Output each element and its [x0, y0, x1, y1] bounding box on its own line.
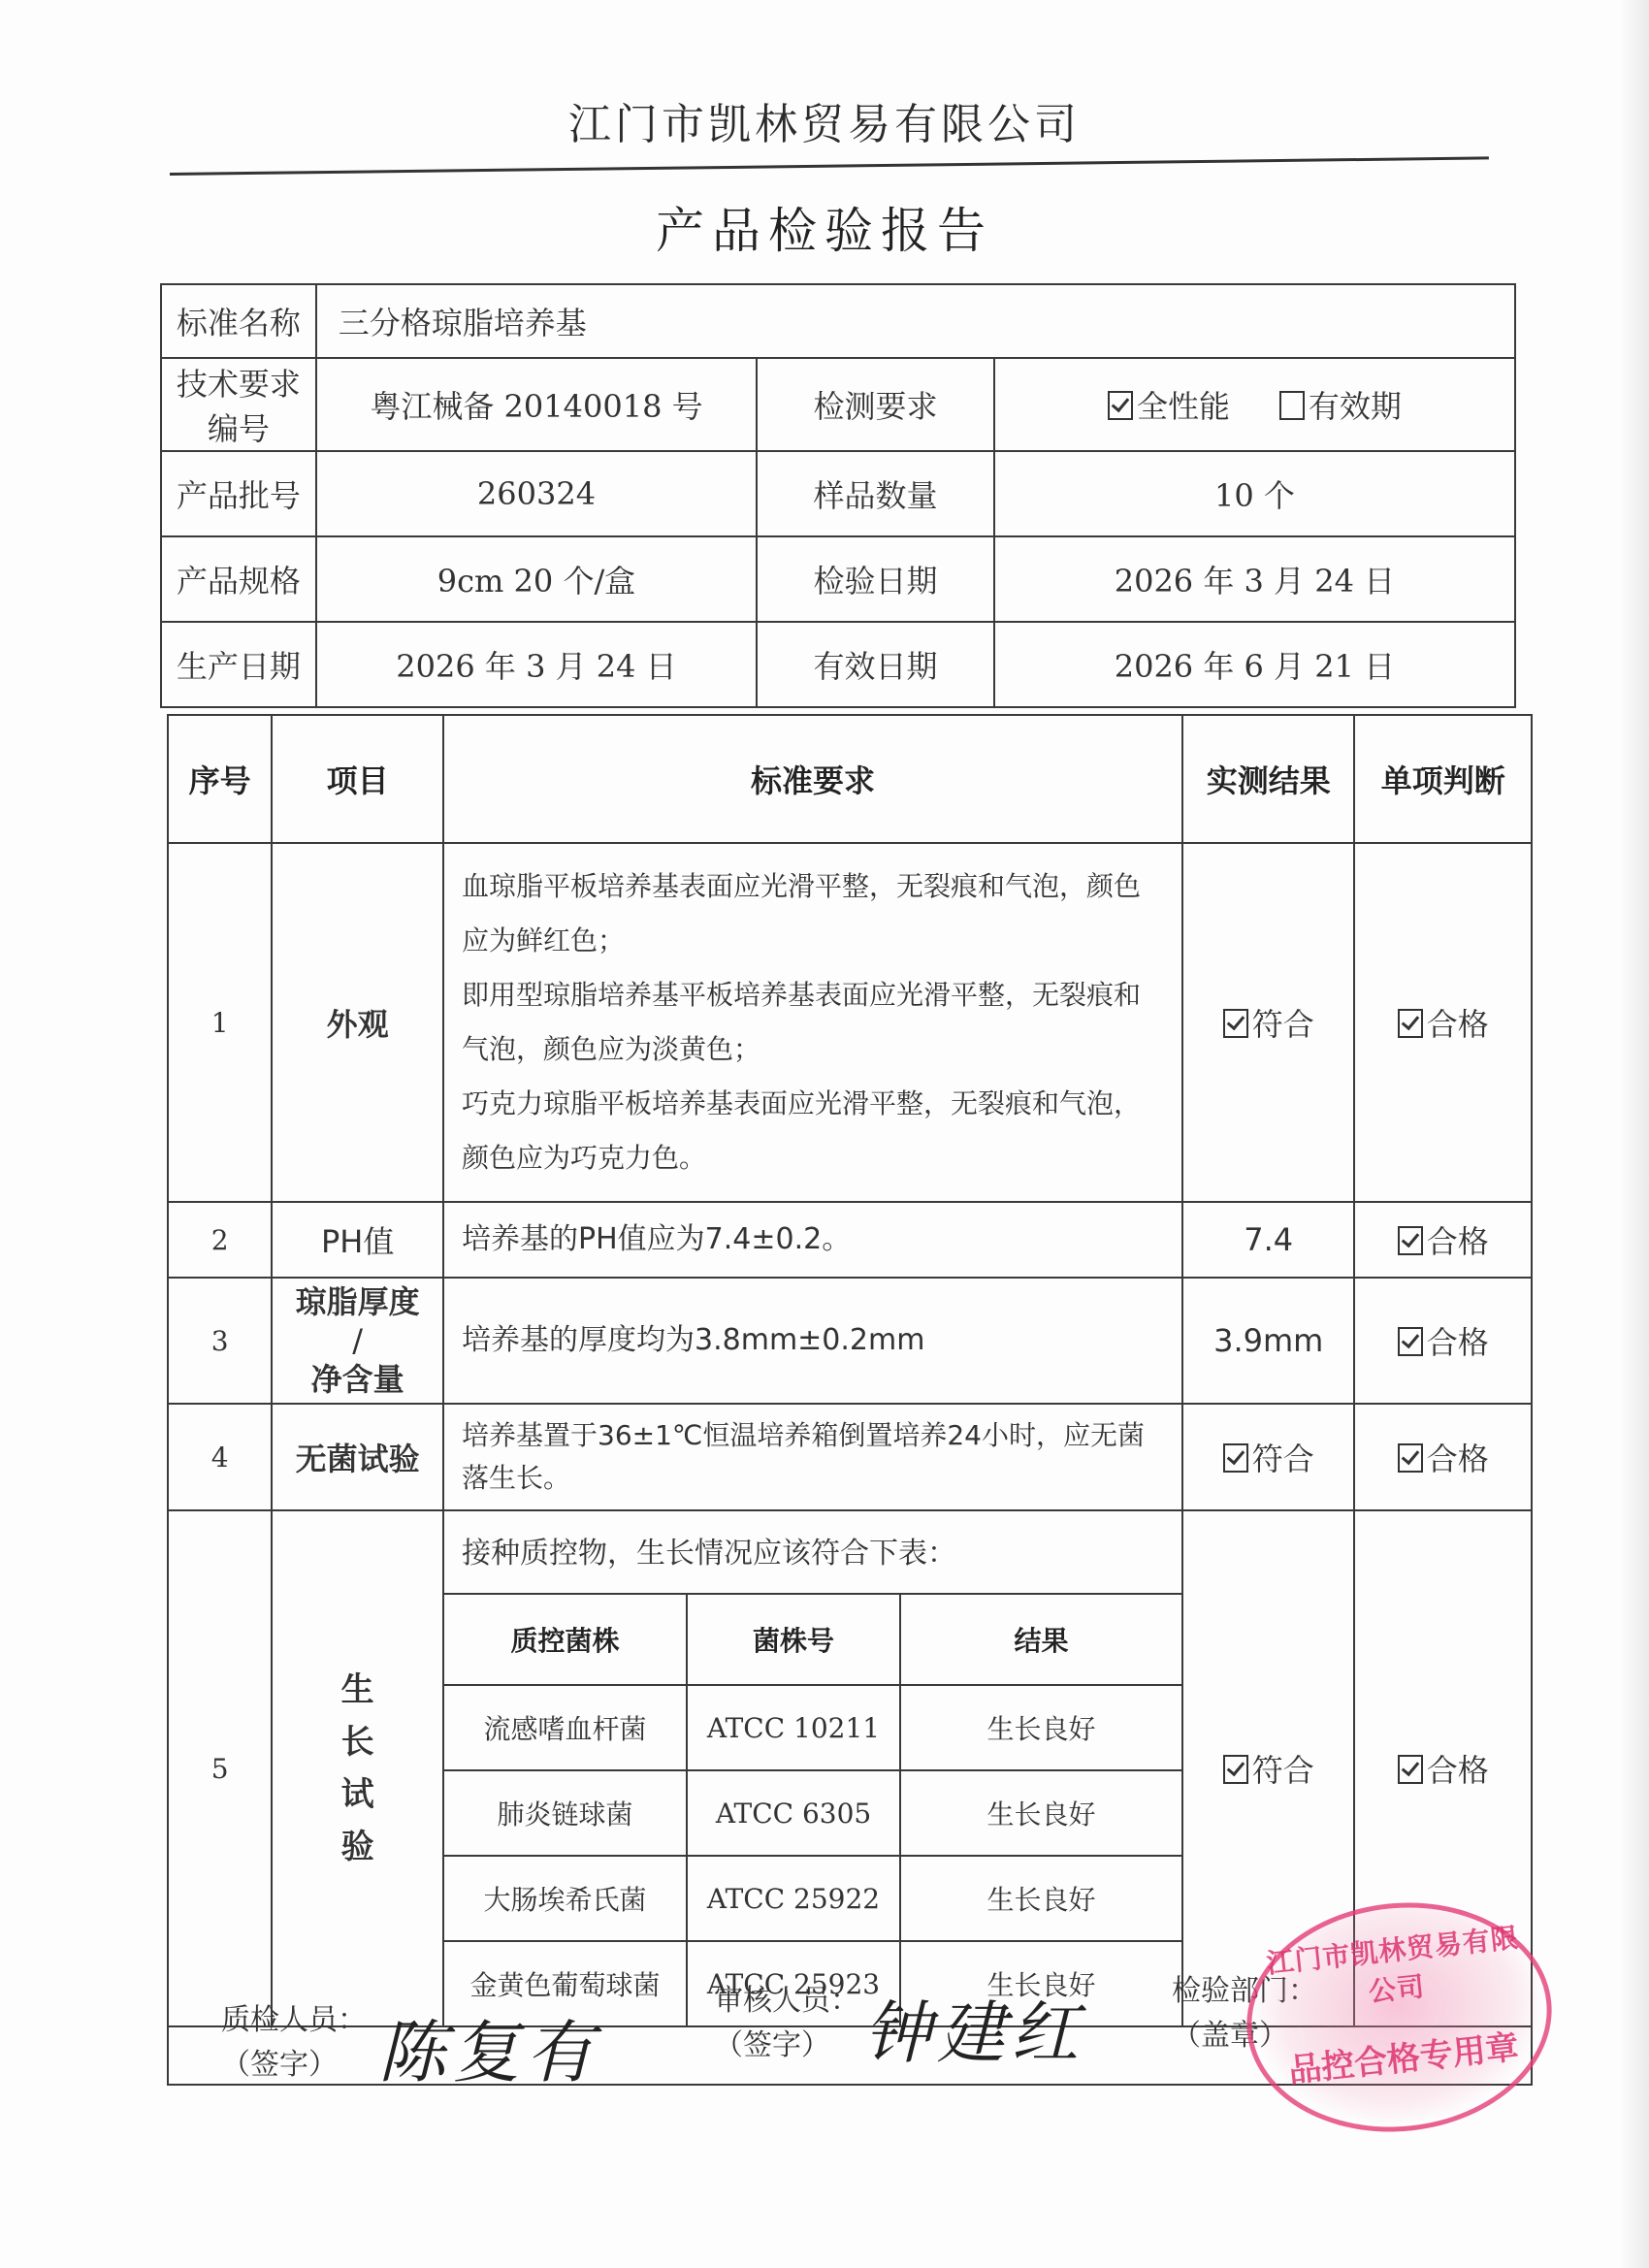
row-item: 生 长 试 验 [272, 1510, 443, 2026]
row-judgement: 合格 [1354, 1202, 1532, 1278]
checkbox-checked-icon [1398, 1443, 1423, 1473]
sub-header-row: 质控菌株 菌株号 结果 [444, 1594, 1181, 1685]
col-header-result: 实测结果 [1182, 715, 1354, 843]
requirement-line: 即用型琼脂培养基平板培养基表面应光滑平整，无裂痕和 [462, 968, 1164, 1022]
col-header-requirement: 标准要求 [443, 715, 1182, 843]
checkbox-checked-icon [1398, 1009, 1423, 1038]
row-judgement: 合格 [1354, 843, 1532, 1202]
table-row: 4 无菌试验 培养基置于36±1℃恒温培养箱倒置培养24小时，应无菌 落生长。 … [168, 1404, 1532, 1510]
info-row-batch: 产品批号 260324 样品数量 10 个 [161, 451, 1515, 536]
requirement-line: 颜色应为巧克力色。 [462, 1131, 1164, 1185]
row-item: 外观 [272, 843, 443, 1202]
expiry-value: 2026 年 6 月 21 日 [994, 622, 1515, 707]
standard-name-label: 标准名称 [161, 284, 316, 358]
requirement-line: 血琼脂平板培养基表面应光滑平整，无裂痕和气泡，颜色 [462, 859, 1164, 914]
prod-date-value: 2026 年 3 月 24 日 [316, 622, 757, 707]
row-index: 1 [168, 843, 272, 1202]
result-text: 符合 [1252, 1006, 1314, 1043]
item-line: / [274, 1321, 441, 1360]
sample-qty-label: 样品数量 [757, 451, 994, 536]
row-result: 3.9mm [1182, 1278, 1354, 1404]
item-line: 净含量 [274, 1360, 441, 1399]
judgement-text: 合格 [1427, 1006, 1489, 1043]
inspect-date-value: 2026 年 3 月 24 日 [994, 536, 1515, 622]
item-char: 生 [341, 1670, 374, 1709]
strain-atcc: ATCC 25922 [687, 1856, 900, 1941]
stamp-center-text: 品控合格专用章 [1273, 2019, 1534, 2092]
option-label: 全性能 [1137, 388, 1230, 425]
item-line: 琼脂厚度 [274, 1282, 441, 1321]
inspection-report-page: 江门市凯林贸易有限公司 产品检验报告 标准名称 三分格琼脂培养基 技术要求编号 … [0, 0, 1649, 2268]
row-item: PH值 [272, 1202, 443, 1278]
strain-name: 流感嗜血杆菌 [444, 1685, 687, 1770]
sample-qty-value: 10 个 [994, 451, 1515, 536]
sub-col-strain: 质控菌株 [444, 1594, 687, 1685]
checkbox-checked-icon [1223, 1755, 1248, 1784]
sub-col-atcc: 菌株号 [687, 1594, 900, 1685]
judgement-text: 合格 [1427, 1324, 1489, 1361]
col-header-item: 项目 [272, 715, 443, 843]
strain-result: 生长良好 [900, 1685, 1181, 1770]
growth-intro: 接种质控物，生长情况应该符合下表： [444, 1511, 1181, 1593]
row-judgement: 合格 [1354, 1404, 1532, 1510]
batch-label: 产品批号 [161, 451, 316, 536]
row-index: 5 [168, 1510, 272, 2026]
requirement-line: 应为鲜红色； [462, 914, 1164, 968]
table-row: 2 PH值 培养基的PH值应为7.4±0.2。 7.4 合格 [168, 1202, 1532, 1278]
row-requirement: 培养基的厚度均为3.8mm±0.2mm [443, 1278, 1182, 1404]
sub-col-result: 结果 [900, 1594, 1181, 1685]
checkbox-checked-icon [1398, 1755, 1423, 1784]
report-title: 产品检验报告 [0, 192, 1649, 262]
inspector-handwritten-signature: 陈复有 [378, 1998, 599, 2096]
reviewer-sub-label: （签字） [714, 2024, 859, 2068]
reviewer-label: 审核人员： [714, 1984, 859, 2018]
strain-name: 肺炎链球菌 [444, 1770, 687, 1856]
scan-edge-shadow [1620, 0, 1649, 2268]
inspector-sub-label: （签字） [221, 2043, 367, 2088]
info-row-tech-req: 技术要求编号 粤江械备 20140018 号 检测要求 全性能 有效期 [161, 358, 1515, 451]
table-header-row: 序号 项目 标准要求 实测结果 单项判断 [168, 715, 1532, 843]
reviewer-signature-block: 审核人员： （签字） [714, 1979, 859, 2068]
judgement-text: 合格 [1427, 1752, 1489, 1789]
row-item: 无菌试验 [272, 1404, 443, 1510]
spec-value: 9cm 20 个/盒 [316, 536, 757, 622]
checkbox-checked-icon [1223, 1009, 1248, 1038]
batch-value: 260324 [316, 451, 757, 536]
company-name: 江门市凯林贸易有限公司 [0, 89, 1649, 151]
header-divider [170, 156, 1489, 176]
qc-strain-table: 质控菌株 菌株号 结果 流感嗜血杆菌 ATCC 10211 生长良好 肺炎链球菌… [444, 1593, 1181, 2025]
result-text: 符合 [1252, 1441, 1314, 1477]
sub-table-row: 大肠埃希氏菌 ATCC 25922 生长良好 [444, 1856, 1181, 1941]
row-requirement: 培养基置于36±1℃恒温培养箱倒置培养24小时，应无菌 落生长。 [443, 1404, 1182, 1510]
inspection-items-table: 序号 项目 标准要求 实测结果 单项判断 1 外观 血琼脂平板培养基表面应光滑平… [167, 714, 1533, 2086]
tech-req-label: 技术要求编号 [161, 358, 316, 451]
requirement-line: 气泡，颜色应为淡黄色； [462, 1022, 1164, 1077]
row-requirement: 接种质控物，生长情况应该符合下表： 质控菌株 菌株号 结果 流感嗜血杆菌 ATC… [443, 1510, 1182, 2026]
strain-result: 生长良好 [900, 1770, 1181, 1856]
inspector-signature-block: 质检人员： （签字） [221, 1998, 367, 2088]
col-header-judgement: 单项判断 [1354, 715, 1532, 843]
checkbox-checked-icon [1398, 1226, 1423, 1255]
expiry-label: 有效日期 [757, 622, 994, 707]
prod-date-label: 生产日期 [161, 622, 316, 707]
requirement-line: 落生长。 [462, 1457, 1164, 1500]
row-requirement: 血琼脂平板培养基表面应光滑平整，无裂痕和气泡，颜色 应为鲜红色； 即用型琼脂培养… [443, 843, 1182, 1202]
requirement-line: 巧克力琼脂平板培养基表面应光滑平整，无裂痕和气泡， [462, 1077, 1164, 1131]
row-index: 3 [168, 1278, 272, 1404]
strain-name: 大肠埃希氏菌 [444, 1856, 687, 1941]
checkbox-checked-icon [1223, 1443, 1248, 1473]
sub-table-row: 流感嗜血杆菌 ATCC 10211 生长良好 [444, 1685, 1181, 1770]
sub-table-row: 肺炎链球菌 ATCC 6305 生长良好 [444, 1770, 1181, 1856]
info-row-spec: 产品规格 9cm 20 个/盒 检验日期 2026 年 3 月 24 日 [161, 536, 1515, 622]
judgement-text: 合格 [1427, 1441, 1489, 1477]
row-index: 2 [168, 1202, 272, 1278]
checkbox-checked-icon [1398, 1327, 1423, 1356]
test-req-option-expiry[interactable]: 有效期 [1279, 388, 1402, 425]
table-row: 1 外观 血琼脂平板培养基表面应光滑平整，无裂痕和气泡，颜色 应为鲜红色； 即用… [168, 843, 1532, 1202]
judgement-text: 合格 [1427, 1223, 1489, 1260]
strain-atcc: ATCC 10211 [687, 1685, 900, 1770]
product-info-table: 标准名称 三分格琼脂培养基 技术要求编号 粤江械备 20140018 号 检测要… [160, 283, 1516, 708]
row-result: 符合 [1182, 1404, 1354, 1510]
item-char: 验 [341, 1828, 374, 1866]
row-item: 琼脂厚度 / 净含量 [272, 1278, 443, 1404]
standard-name-value: 三分格琼脂培养基 [316, 284, 1515, 358]
test-req-label: 检测要求 [757, 358, 994, 451]
requirement-line: 培养基置于36±1℃恒温培养箱倒置培养24小时，应无菌 [462, 1414, 1164, 1457]
reviewer-handwritten-signature: 钟建红 [863, 1979, 1084, 2077]
row-requirement: 培养基的PH值应为7.4±0.2。 [443, 1202, 1182, 1278]
row-result: 符合 [1182, 843, 1354, 1202]
info-row-standard-name: 标准名称 三分格琼脂培养基 [161, 284, 1515, 358]
vertical-item-label: 生 长 试 验 [340, 1664, 375, 1873]
option-label: 有效期 [1309, 388, 1402, 425]
item-char: 试 [341, 1775, 374, 1814]
test-req-option-full[interactable]: 全性能 [1108, 388, 1230, 425]
strain-atcc: ATCC 6305 [687, 1770, 900, 1856]
strain-result: 生长良好 [900, 1856, 1181, 1941]
info-row-prod-date: 生产日期 2026 年 3 月 24 日 有效日期 2026 年 6 月 21 … [161, 622, 1515, 707]
inspector-label: 质检人员： [221, 2003, 367, 2037]
col-header-index: 序号 [168, 715, 272, 843]
checkbox-checked-icon[interactable] [1108, 391, 1133, 420]
result-text: 符合 [1252, 1752, 1314, 1789]
inspect-date-label: 检验日期 [757, 536, 994, 622]
row-index: 4 [168, 1404, 272, 1510]
tech-req-value: 粤江械备 20140018 号 [316, 358, 757, 451]
row-judgement: 合格 [1354, 1278, 1532, 1404]
checkbox-unchecked-icon[interactable] [1279, 391, 1305, 420]
row-result: 7.4 [1182, 1202, 1354, 1278]
test-req-options: 全性能 有效期 [994, 358, 1515, 451]
spec-label: 产品规格 [161, 536, 316, 622]
item-char: 长 [341, 1723, 374, 1762]
table-row: 3 琼脂厚度 / 净含量 培养基的厚度均为3.8mm±0.2mm 3.9mm 合… [168, 1278, 1532, 1404]
